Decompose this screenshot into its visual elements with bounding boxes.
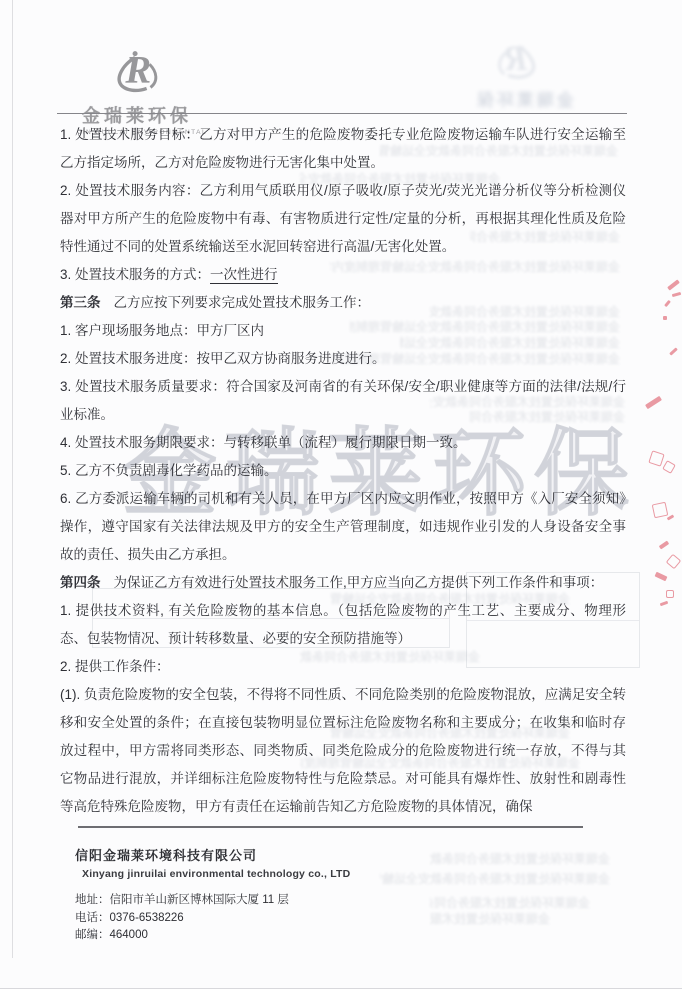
bleedthrough-line: 金瑞莱环保处置技术服务合同条款安全运输管理制度内容 bbox=[430, 912, 550, 926]
page-bottom-strip bbox=[0, 989, 682, 1006]
clause-packaging-rules: (1). 负责危险废物的安全包装，不得将不同性质、不同危险类别的危险废物混放，应… bbox=[60, 681, 626, 821]
svg-text:R: R bbox=[504, 38, 529, 78]
article-3-label: 第三条 bbox=[60, 295, 101, 310]
seal-fragment bbox=[648, 450, 664, 466]
seal-fragment bbox=[669, 347, 678, 355]
header-rule bbox=[57, 113, 627, 114]
clause-service-quality: 3. 处置技术服务质量要求：符合国家及河南省的有关环保/安全/职业健康等方面的法… bbox=[60, 373, 626, 429]
bleedthrough-line: 金瑞莱环保处置技术服务合同条款安全运输管理制度内容 bbox=[380, 872, 610, 886]
clause-no-toxic-transport: 5. 乙方不负责剧毒化学药品的运输。 bbox=[60, 457, 626, 485]
seal-fragment bbox=[655, 572, 668, 582]
footer-phone: 电话：0376-6538226 bbox=[75, 910, 350, 928]
bleedthrough-line: 金瑞莱环保处置技术服务合同条款安全运输管理制度内容 bbox=[430, 896, 590, 910]
footer-address: 地址：信阳市羊山新区博林国际大厦 11 层 bbox=[75, 892, 350, 910]
seal-fragment bbox=[672, 292, 681, 297]
seal-fragment bbox=[667, 279, 680, 290]
clause-service-schedule: 2. 处置技术服务进度：按甲乙双方协商服务进度进行。 bbox=[60, 345, 626, 373]
footer-company-name-cn: 信阳金瑞莱环境科技有限公司 bbox=[75, 845, 350, 864]
page-fold-line bbox=[12, 0, 13, 958]
svg-text:R: R bbox=[124, 50, 151, 92]
seal-fragment bbox=[645, 396, 662, 409]
footer-contact-block: 地址：信阳市羊山新区博林国际大厦 11 层 电话：0376-6538226 邮编… bbox=[75, 892, 350, 945]
clause-service-method: 3. 处置技术服务的方式：一次性进行 bbox=[60, 261, 626, 289]
footer: 信阳金瑞莱环境科技有限公司 Xinyang jinruilai environm… bbox=[75, 845, 350, 945]
seal-fragment bbox=[659, 540, 669, 549]
article-3-text: 乙方应按下列要求完成处置技术服务工作： bbox=[114, 295, 371, 310]
seal-fragment bbox=[664, 300, 671, 307]
seal-fragment bbox=[660, 601, 669, 607]
footer-company-name-en: Xinyang jinruilai environmental technolo… bbox=[75, 868, 350, 880]
clause-driver-rules: 6. 乙方委派运输车辆的司机和有关人员，在甲方厂区内应文明作业，按照甲方《入厂安… bbox=[60, 485, 626, 569]
seal-fragment bbox=[662, 460, 676, 474]
bleedthrough-wordmark: 金瑞莱环保 bbox=[478, 86, 574, 111]
clause-service-deadline: 4. 处置技术服务期限要求：与转移联单（流程）履行期限日期一致。 bbox=[60, 429, 626, 457]
clause-service-method-underlined: 一次性进行 bbox=[210, 267, 278, 284]
clause-service-content: 2. 处置技术服务内容：乙方利用气质联用仪/原子吸收/原子荧光/荧光光谱分析仪等… bbox=[60, 177, 626, 261]
clause-provide-info: 1. 提供技术资料, 有关危险废物的基本信息。（包括危险废物的产生工艺、主要成分… bbox=[60, 597, 626, 653]
document-page: 金瑞莱环保处置技术服务合同条款安全运输管理制度内容金瑞莱环保处置技术服务合同条款… bbox=[0, 0, 682, 1006]
article-4-label: 第四条 bbox=[60, 575, 101, 590]
seal-fragment bbox=[667, 514, 675, 520]
bleedthrough-line: 金瑞莱环保处置技术服务合同条款安全运输管理制度内容 bbox=[430, 852, 610, 866]
company-logo-icon: R bbox=[105, 44, 169, 100]
clause-service-location: 1. 客户现场服务地点：甲方厂区内 bbox=[60, 317, 626, 345]
footer-rule bbox=[78, 826, 583, 828]
bleedthrough-logo-icon: R bbox=[488, 34, 546, 86]
seal-fragment bbox=[666, 554, 681, 569]
article-3-heading: 第三条乙方应按下列要求完成处置技术服务工作： bbox=[60, 289, 626, 317]
clause-service-method-prefix: 3. 处置技术服务的方式： bbox=[60, 267, 210, 282]
seal-fragment bbox=[652, 502, 669, 519]
seal-fragment bbox=[663, 316, 667, 320]
article-4-heading: 第四条为保证乙方有效进行处置技术服务工作,甲方应当向乙方提供下列工作条件和事项： bbox=[60, 569, 626, 597]
footer-postcode: 邮编：464000 bbox=[75, 927, 350, 945]
clause-provide-conditions: 2. 提供工作条件： bbox=[60, 653, 626, 681]
article-4-text: 为保证乙方有效进行处置技术服务工作,甲方应当向乙方提供下列工作条件和事项： bbox=[114, 575, 604, 590]
contract-body: 1. 处置技术服务目标：乙方对甲方产生的危险废物委托专业危险废物运输车队进行安全… bbox=[60, 121, 626, 821]
clause-service-goal: 1. 处置技术服务目标：乙方对甲方产生的危险废物委托专业危险废物运输车队进行安全… bbox=[60, 121, 626, 177]
seal-fragment bbox=[666, 590, 674, 598]
